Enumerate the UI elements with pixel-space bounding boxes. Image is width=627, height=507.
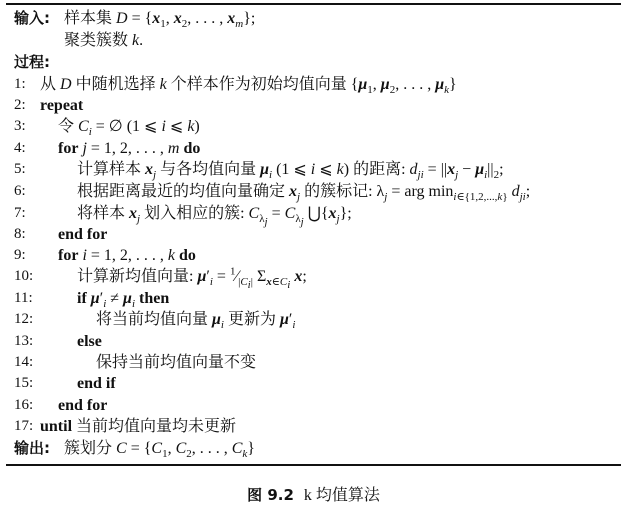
step-text: 将样本 xj 划入相应的簇: Cλj = Cλj ⋃{xj}; (77, 203, 352, 224)
step-text: 从 D 中随机选择 k 个样本作为初始均值向量 {μ1, μ2, . . . ,… (40, 74, 457, 95)
input-text-2: 聚类簇数 k. (64, 30, 143, 51)
process-label: 过程: (14, 52, 50, 73)
step-number: 8: (14, 224, 38, 245)
output-text: 簇划分 C = {C1, C2, . . . , Ck} (64, 438, 255, 459)
caption-text: k 均值算法 (304, 487, 380, 504)
step-number: 9: (14, 245, 38, 266)
caption-label: 图 9.2 (247, 486, 294, 504)
figure-caption: 图 9.2k 均值算法 (0, 482, 627, 505)
keyword-end-for: end for (58, 224, 107, 245)
step-text: 令 Ci = ∅ (1 ⩽ i ⩽ k) (58, 116, 200, 137)
step-number: 1: (14, 74, 38, 95)
step-number: 17: (14, 416, 38, 437)
keyword-else: else (77, 331, 102, 352)
step-number: 13: (14, 331, 38, 352)
step-text: 将当前均值向量 μi 更新为 μ′i (96, 309, 295, 330)
step-number: 16: (14, 395, 38, 416)
keyword-end-for: end for (58, 395, 107, 416)
step-number: 11: (14, 288, 38, 309)
step-number: 15: (14, 373, 38, 394)
step-number: 7: (14, 203, 38, 224)
step-text: for i = 1, 2, . . . , k do (58, 245, 196, 266)
step-text: 保持当前均值向量不变 (96, 352, 256, 373)
input-label: 输入: (14, 8, 50, 29)
step-number: 2: (14, 95, 38, 116)
step-number: 3: (14, 116, 38, 137)
step-number: 4: (14, 138, 38, 159)
step-text: 根据距离最近的均值向量确定 xj 的簇标记: λj = arg mini∈{1,… (77, 181, 530, 202)
step-text: until 当前均值向量均未更新 (40, 416, 236, 437)
step-number: 6: (14, 181, 38, 202)
step-number: 12: (14, 309, 38, 330)
step-text: 计算样本 xj 与各均值向量 μi (1 ⩽ i ⩽ k) 的距离: dji =… (77, 159, 504, 180)
step-text: 计算新均值向量: μ′i = 1⁄|Ci| Σx∈Ci x; (77, 266, 307, 287)
bottom-rule (6, 464, 621, 466)
keyword-end-if: end if (77, 373, 116, 394)
step-number: 10: (14, 266, 38, 287)
step-text: for j = 1, 2, . . . , m do (58, 138, 200, 159)
top-rule (6, 3, 621, 5)
step-number: 14: (14, 352, 38, 373)
input-text-1: 样本集 D = {x1, x2, . . . , xm}; (64, 8, 255, 29)
keyword-repeat: repeat (40, 95, 83, 116)
output-label: 输出: (14, 438, 50, 459)
step-number: 5: (14, 159, 38, 180)
step-text: if μ′i ≠ μi then (77, 288, 169, 309)
